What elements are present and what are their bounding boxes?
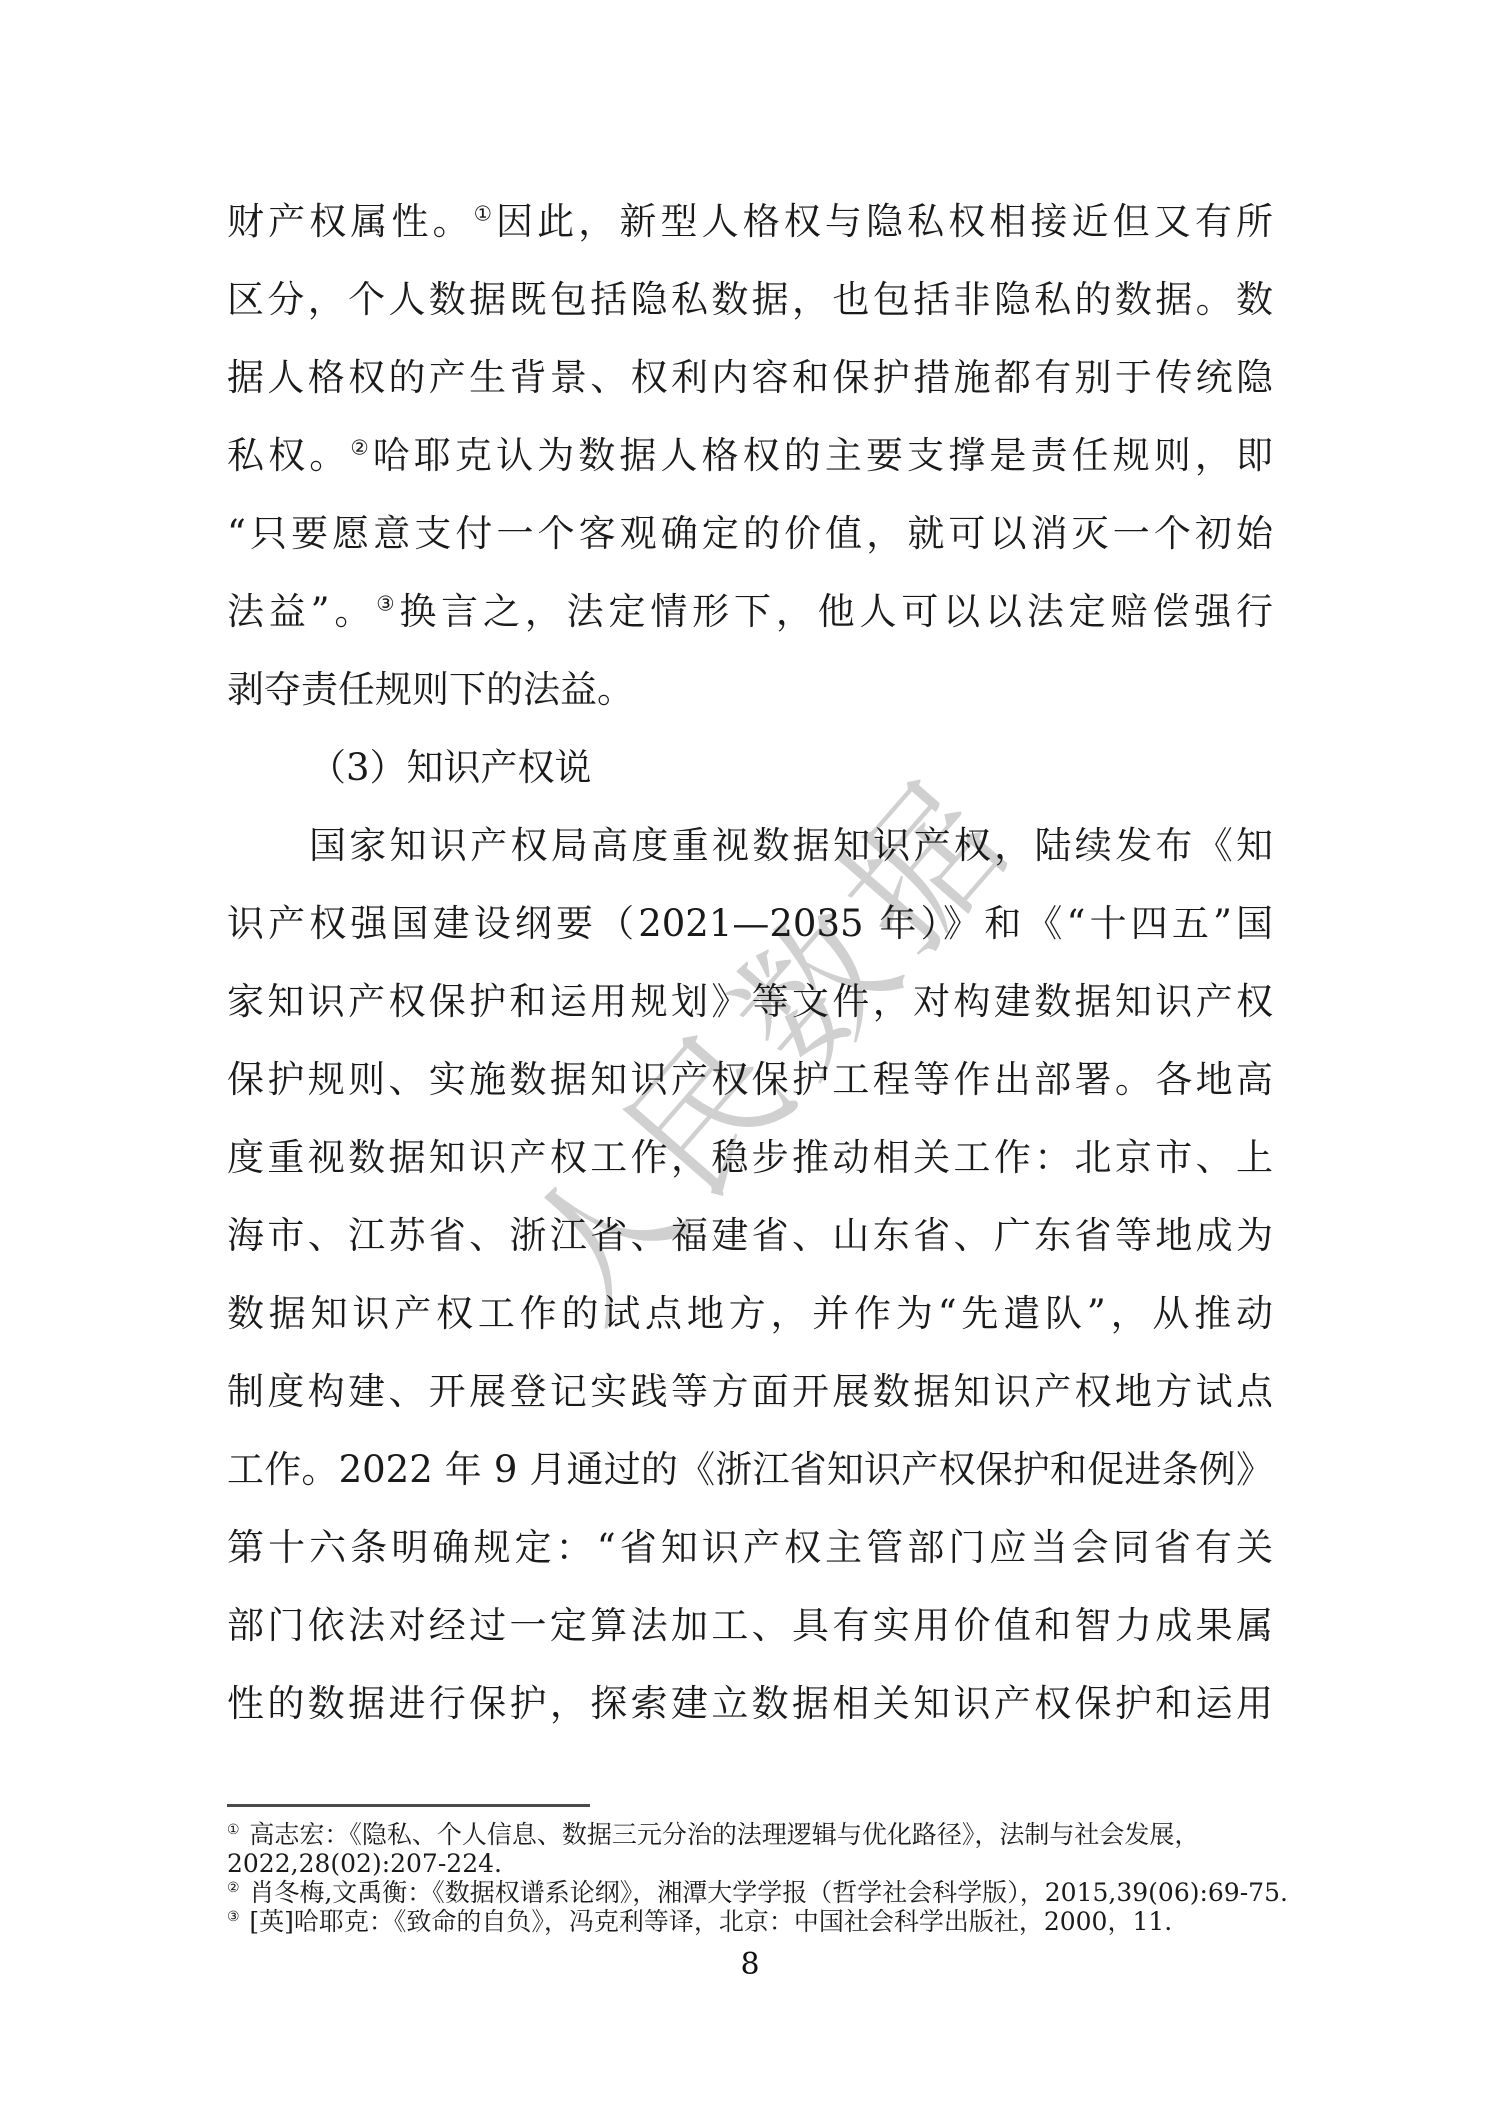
footnote-3-line: ③[英]哈耶克：《致命的自负》，冯克利等译，北京：中国社会科学出版社，2000，…: [227, 1907, 1477, 1936]
footnote-separator: [227, 1804, 590, 1807]
footnote-1-line-1: ①高志宏：《隐私、个人信息、数据三元分治的法理逻辑与优化路径》，法制与社会发展，: [227, 1820, 1477, 1849]
footnote-1-text: 高志宏：《隐私、个人信息、数据三元分治的法理逻辑与优化路径》，法制与社会发展，: [249, 1820, 1199, 1849]
footnote-1-line-2: 2022,28(02):207-224.: [227, 1849, 1477, 1878]
body-line: 工作。2022 年 9 月通过的《浙江省知识产权保护和促进条例》: [227, 1431, 1273, 1509]
footnote-2-marker: ②: [227, 1880, 249, 1896]
body-line: 区分，个人数据既包括隐私数据，也包括非隐私的数据。数: [227, 261, 1273, 339]
body-line: 私权。②哈耶克认为数据人格权的主要支撑是责任规则，即: [227, 417, 1273, 495]
footnotes-block: ①高志宏：《隐私、个人信息、数据三元分治的法理逻辑与优化路径》，法制与社会发展，…: [227, 1820, 1477, 1936]
body-line: 性的数据进行保护，探索建立数据相关知识产权保护和运用: [227, 1665, 1273, 1743]
body-line: 家知识产权保护和运用规划》等文件，对构建数据知识产权: [227, 963, 1273, 1041]
body-line: 据人格权的产生背景、权利内容和保护措施都有别于传统隐: [227, 339, 1273, 417]
body-line: 度重视数据知识产权工作，稳步推动相关工作：北京市、上: [227, 1119, 1273, 1197]
body-line: 保护规则、实施数据知识产权保护工程等作出部署。各地高: [227, 1041, 1273, 1119]
body-line: 部门依法对经过一定算法加工、具有实用价值和智力成果属: [227, 1587, 1273, 1665]
footnote-3-marker: ③: [227, 1909, 249, 1925]
body-line: 数据知识产权工作的试点地方，并作为“先遣队”，从推动: [227, 1275, 1273, 1353]
body-line: “只要愿意支付一个客观确定的价值，就可以消灭一个初始: [227, 495, 1273, 573]
body-line: 财产权属性。①因此，新型人格权与隐私权相接近但又有所: [227, 183, 1273, 261]
body-line: 识产权强国建设纲要（2021—2035 年）》和《“十四五”国: [227, 885, 1273, 963]
footnote-3-text: [英]哈耶克：《致命的自负》，冯克利等译，北京：中国社会科学出版社，2000，1…: [249, 1907, 1172, 1936]
footnote-2-text: 肖冬梅,文禹衡：《数据权谱系论纲》，湘潭大学学报（哲学社会科学版），2015,3…: [249, 1878, 1288, 1907]
footnote-1-text-continued: 2022,28(02):207-224.: [227, 1849, 502, 1878]
body-line: 制度构建、开展登记实践等方面开展数据知识产权地方试点: [227, 1353, 1273, 1431]
body-line-paragraph-end: 剥夺责任规则下的法益。: [227, 651, 1273, 729]
footnote-1-marker: ①: [227, 1822, 249, 1838]
body-line-paragraph-start: 国家知识产权局高度重视数据知识产权，陆续发布《知: [227, 807, 1273, 885]
body-line: 法益”。③换言之，法定情形下，他人可以以法定赔偿强行: [227, 573, 1273, 651]
page-number: 8: [0, 1948, 1500, 1982]
body-text-block: 财产权属性。①因此，新型人格权与隐私权相接近但又有所 区分，个人数据既包括隐私数…: [227, 183, 1273, 1743]
body-heading-line: （3）知识产权说: [227, 729, 1273, 807]
body-line: 海市、江苏省、浙江省、福建省、山东省、广东省等地成为: [227, 1197, 1273, 1275]
document-page: 人民数据 财产权属性。①因此，新型人格权与隐私权相接近但又有所 区分，个人数据既…: [0, 0, 1500, 2121]
body-line: 第十六条明确规定：“省知识产权主管部门应当会同省有关: [227, 1509, 1273, 1587]
footnote-2-line: ②肖冬梅,文禹衡：《数据权谱系论纲》，湘潭大学学报（哲学社会科学版），2015,…: [227, 1878, 1477, 1907]
